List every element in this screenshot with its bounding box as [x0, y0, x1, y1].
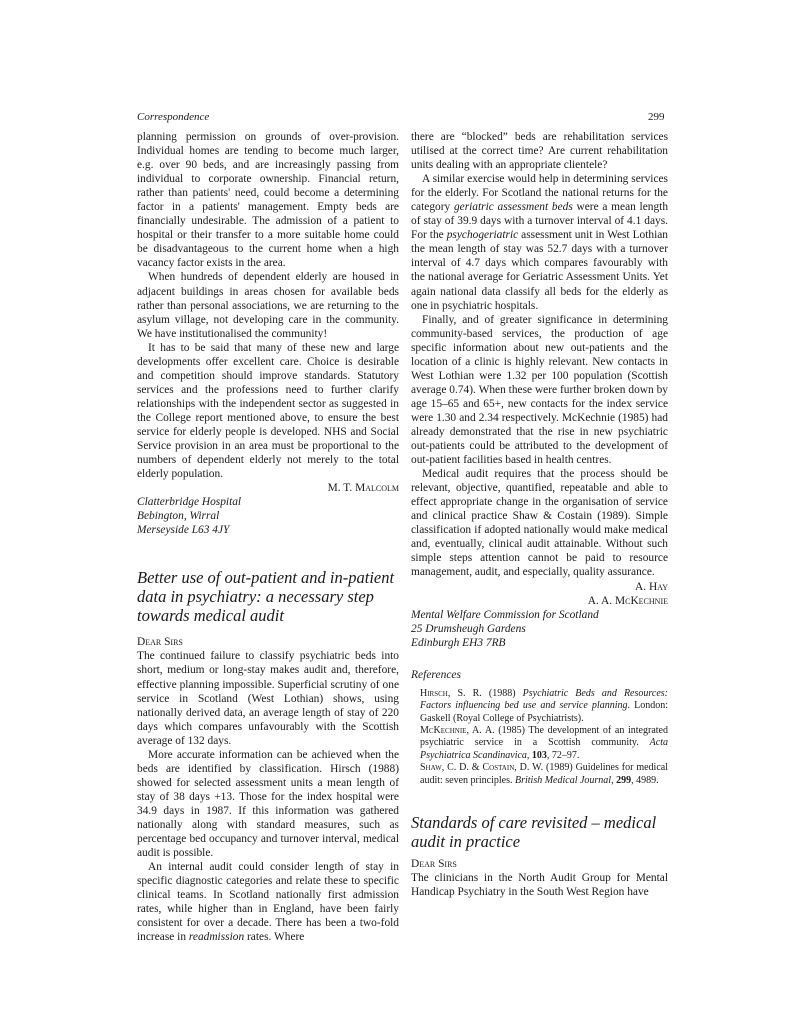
running-head-section: Correspondence [137, 111, 209, 123]
ref-volume: 299 [616, 775, 631, 786]
ref-year: (1989) [543, 762, 575, 773]
ref-author: McKechnie, A. A. [420, 725, 495, 736]
right-column: there are “blocked” beds are rehabilitat… [411, 130, 668, 899]
journal-page: Correspondence 299 planning permission o… [0, 0, 800, 1036]
emphasis-geriatric-assessment-beds: geriatric assessment beds [454, 201, 573, 213]
emphasis-psychogeriatric: psychogeriatric [447, 229, 519, 241]
ref-author: Hirsch, S. R. [420, 688, 482, 699]
letter2-title: Better use of out-patient and in-patient… [137, 568, 399, 625]
ref-volume: 103 [532, 750, 547, 761]
letter2-address-line-2: 25 Drumsheugh Gardens [411, 622, 668, 636]
reference-mckechnie: McKechnie, A. A. (1985) The development … [411, 725, 668, 762]
letter3-title: Standards of care revisited – medical au… [411, 813, 668, 851]
text-run: rates. Where [244, 931, 304, 943]
letter2-signature-2: A. A. McKechnie [411, 594, 668, 608]
letter1-address-line-2: Bebington, Wirral [137, 509, 399, 523]
letter2-paragraph-4: A similar exercise would help in determi… [411, 172, 668, 312]
ref-pages: , 72–97. [547, 750, 580, 761]
ref-journal: British Medical Journal [515, 775, 611, 786]
letter2-paragraph-6: Medical audit requires that the process … [411, 467, 668, 579]
ref-year: (1988) [482, 688, 523, 699]
letter2-address-line-1: Mental Welfare Commission for Scotland [411, 608, 668, 622]
letter1-paragraph-3: It has to be said that many of these new… [137, 341, 399, 481]
letter2-paragraph-3-continued: there are “blocked” beds are rehabilitat… [411, 130, 668, 172]
letter1-signature: M. T. Malcolm [137, 481, 399, 495]
ref-pages: , 4989. [631, 775, 659, 786]
letter2-paragraph-1: The continued failure to classify psychi… [137, 649, 399, 747]
letter2-address-line-3: Edinburgh EH3 7RB [411, 636, 668, 650]
letter3-paragraph-1: The clinicians in the North Audit Group … [411, 871, 668, 899]
letter2-signature-1: A. Hay [411, 580, 668, 594]
letter2-salutation: Dear Sirs [137, 635, 399, 649]
letter1-address-line-3: Merseyside L63 4JY [137, 523, 399, 537]
ref-author: Shaw, C. D. & Costain, D. W. [420, 762, 543, 773]
references-heading: References [411, 668, 668, 682]
letter2-paragraph-5: Finally, and of greater significance in … [411, 313, 668, 468]
page-number: 299 [648, 111, 665, 123]
letter1-paragraph-2: When hundreds of dependent elderly are h… [137, 270, 399, 340]
left-column: planning permission on grounds of over-p… [137, 130, 399, 944]
reference-hirsch: Hirsch, S. R. (1988) Psychiatric Beds an… [411, 688, 668, 725]
reference-shaw-costain: Shaw, C. D. & Costain, D. W. (1989) Guid… [411, 762, 668, 787]
ref-year: (1985) [495, 725, 529, 736]
emphasis-readmission: readmission [189, 931, 244, 943]
letter1-paragraph-1: planning permission on grounds of over-p… [137, 130, 399, 270]
letter2-paragraph-3: An internal audit could consider length … [137, 860, 399, 944]
letter2-paragraph-2: More accurate information can be achieve… [137, 748, 399, 860]
letter3-salutation: Dear Sirs [411, 857, 668, 871]
text-run: assessment unit in West Lothian the mean… [411, 229, 668, 311]
letter1-address-line-1: Clatterbridge Hospital [137, 495, 399, 509]
